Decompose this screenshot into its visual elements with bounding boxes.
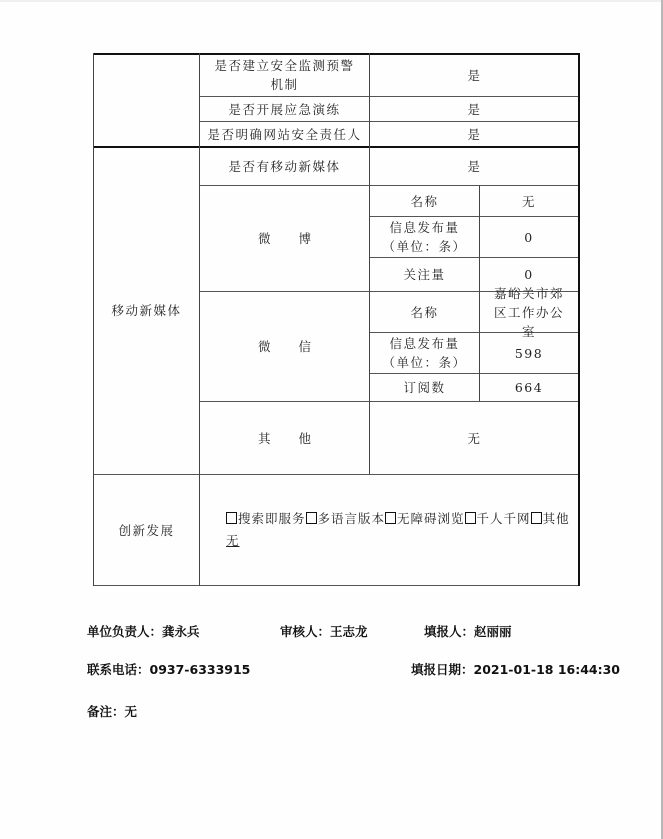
innovation-section-label: 创新发展 — [94, 475, 199, 585]
security-owner-label: 是否明确网站安全责任人 — [200, 122, 369, 146]
option-accessibility[interactable]: 无障碍浏览 — [385, 511, 465, 526]
remark: 备注：无 — [87, 702, 137, 720]
option-other[interactable]: 其他 — [531, 511, 570, 526]
filler: 填报人：赵丽丽 — [424, 622, 512, 640]
checkbox-icon[interactable] — [226, 512, 237, 524]
other-media-label: 其 他 — [200, 402, 369, 474]
checkbox-icon[interactable] — [306, 512, 317, 524]
emergency-drill-label: 是否开展应急演练 — [200, 97, 369, 121]
unit-head: 单位负责人：龚永兵 — [87, 622, 200, 640]
option-search-service[interactable]: 搜索即服务 — [226, 511, 306, 526]
wechat-subscribers-value: 664 — [480, 374, 578, 401]
has-mobile-media-value: 是 — [370, 147, 579, 185]
wechat-posts-value: 598 — [480, 333, 578, 373]
weibo-name-label: 名称 — [370, 186, 479, 216]
page-top-border — [0, 0, 661, 2]
weibo-posts-value: 0 — [480, 217, 578, 257]
security-monitor-value: 是 — [370, 54, 579, 96]
checkbox-icon[interactable] — [465, 512, 476, 524]
wechat-subscribers-label: 订阅数 — [370, 374, 479, 401]
weibo-followers-label: 关注量 — [370, 258, 479, 291]
other-media-value: 无 — [370, 402, 579, 474]
fill-date: 填报日期：2021-01-18 16:44:30 — [411, 660, 620, 678]
checkbox-icon[interactable] — [385, 512, 396, 524]
reviewer: 审核人：王志龙 — [280, 622, 368, 640]
table-border-bottom — [93, 585, 580, 586]
contact-phone: 联系电话：0937-6333915 — [87, 660, 250, 678]
weibo-name-value: 无 — [480, 186, 578, 216]
option-multilingual[interactable]: 多语言版本 — [306, 511, 386, 526]
weibo-posts-label: 信息发布量（单位：条） — [370, 217, 479, 257]
option-personalized[interactable]: 千人千网 — [465, 511, 531, 526]
innovation-options: 搜索即服务多语言版本无障碍浏览千人千网其他 无 — [200, 475, 579, 585]
wechat-name-value: 嘉峪关市郊区工作办公室 — [480, 292, 578, 332]
wechat-label: 微 信 — [200, 292, 369, 401]
security-owner-value: 是 — [370, 122, 579, 146]
has-mobile-media-label: 是否有移动新媒体 — [200, 147, 369, 185]
wechat-posts-label: 信息发布量（单位：条） — [370, 333, 479, 373]
weibo-label: 微 博 — [200, 186, 369, 291]
security-monitor-label: 是否建立安全监测预警机制 — [200, 54, 369, 96]
innovation-other-value: 无 — [226, 533, 240, 548]
wechat-name-label: 名称 — [370, 292, 479, 332]
checkbox-icon[interactable] — [531, 512, 542, 524]
emergency-drill-value: 是 — [370, 97, 579, 121]
mobile-media-section-label: 移动新媒体 — [94, 147, 199, 474]
